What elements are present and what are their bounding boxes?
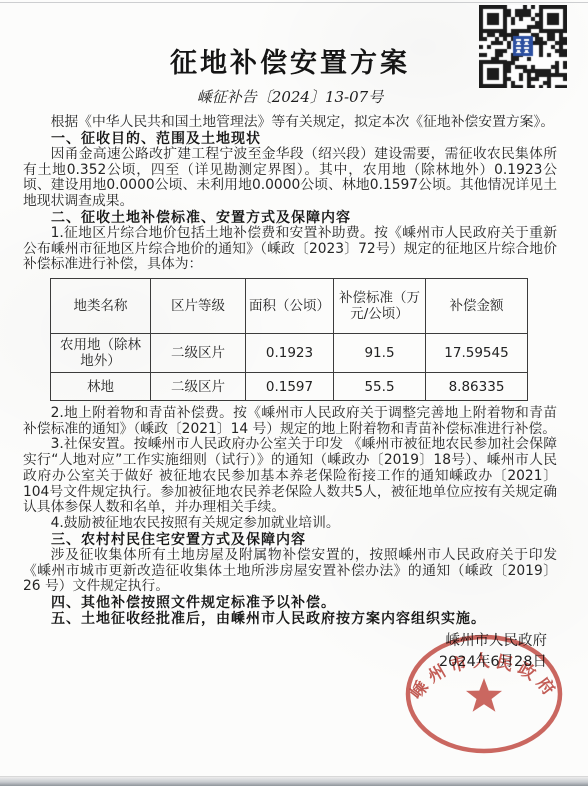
signature-authority: 嵊州市人民政府 [23, 633, 547, 651]
section-1-paragraph: 因甬金高速公路改扩建工程宁波至金华段（绍兴段）建设需要，需征收农民集体所有土地0… [23, 147, 557, 210]
cell-zone-grade: 二级区片 [151, 373, 246, 401]
intro-paragraph: 根据《中华人民共和国土地管理法》等有关规定，拟定本次《征地补偿安置方案》。 [23, 115, 557, 131]
col-header-land-type: 地类名称 [51, 279, 151, 334]
table-header-row: 地类名称 区片等级 面积（公顷） 补偿标准（万元/公顷） 补偿金额 [51, 279, 528, 334]
cell-amount: 8.86335 [426, 373, 528, 401]
col-header-amount: 补偿金额 [426, 279, 528, 334]
page-top-edge [0, 2, 588, 3]
section-3-paragraph: 涉及征收集体所有土地房屋及附属物补偿安置的，按照嵊州市人民政府关于印发《嵊州市城… [23, 548, 557, 595]
document-number: 嵊征补告〔2024〕13-07号 [23, 88, 557, 106]
cell-amount: 17.59545 [426, 334, 528, 373]
star-icon [466, 678, 502, 712]
section-2-item-2: 2.地上附着物和青苗补偿费。按《嵊州市人民政府关于调整完善地上附着物和青苗补偿标… [23, 406, 557, 437]
table-row: 林地 二级区片 0.1597 55.5 8.86335 [51, 373, 528, 401]
document-title: 征地补偿安置方案 [23, 48, 557, 80]
section-2-item-4: 4.鼓励被征地农民按照有关规定参加就业培训。 [23, 516, 557, 532]
col-header-standard: 补偿标准（万元/公顷） [334, 279, 426, 334]
cell-zone-grade: 二级区片 [151, 334, 246, 373]
section-4-heading: 四、其他补偿按照文件规定标准予以补偿。 [23, 595, 557, 611]
signature-date: 2024年6月28日 [23, 654, 547, 672]
col-header-zone-grade: 区片等级 [151, 279, 246, 334]
section-2-heading: 二、征收土地补偿标准、安置方式及保障内容 [23, 210, 557, 226]
signature-block: 嵊州市人民政府 2024年6月28日 [23, 633, 557, 671]
section-2-item-1: 1.征地区片综合地价包括土地补偿费和安置补助费。按《嵊州市人民政府关于重新公布嵊… [23, 226, 557, 273]
document-page: 征地补偿安置方案 嵊征补告〔2024〕13-07号 根据《中华人民共和国土地管理… [0, 0, 588, 786]
cell-standard: 91.5 [334, 334, 426, 373]
table-row: 农用地（除林地外） 二级区片 0.1923 91.5 17.59545 [51, 334, 528, 373]
col-header-area: 面积（公顷） [246, 279, 334, 334]
section-1-heading: 一、征收目的、范围及土地现状 [23, 131, 557, 147]
document-body: 征地补偿安置方案 嵊征补告〔2024〕13-07号 根据《中华人民共和国土地管理… [23, 48, 557, 674]
cell-land-type: 农用地（除林地外） [51, 334, 151, 373]
compensation-table: 地类名称 区片等级 面积（公顷） 补偿标准（万元/公顷） 补偿金额 农用地（除林… [50, 278, 528, 401]
cell-area: 0.1597 [246, 373, 334, 401]
cell-standard: 55.5 [334, 373, 426, 401]
cell-land-type: 林地 [51, 373, 151, 401]
section-3-heading: 三、农村村民住宅安置方式及保障内容 [23, 532, 557, 548]
section-5-heading: 五、土地征收经批准后，由嵊州市人民政府按方案内容组织实施。 [23, 611, 557, 627]
cell-area: 0.1923 [246, 334, 334, 373]
section-2-item-3: 3.社保安置。按嵊州市人民政府办公室关于印发 《嵊州市被征地农民参加社会保障实行… [23, 437, 557, 516]
page-bottom-edge [0, 776, 588, 786]
